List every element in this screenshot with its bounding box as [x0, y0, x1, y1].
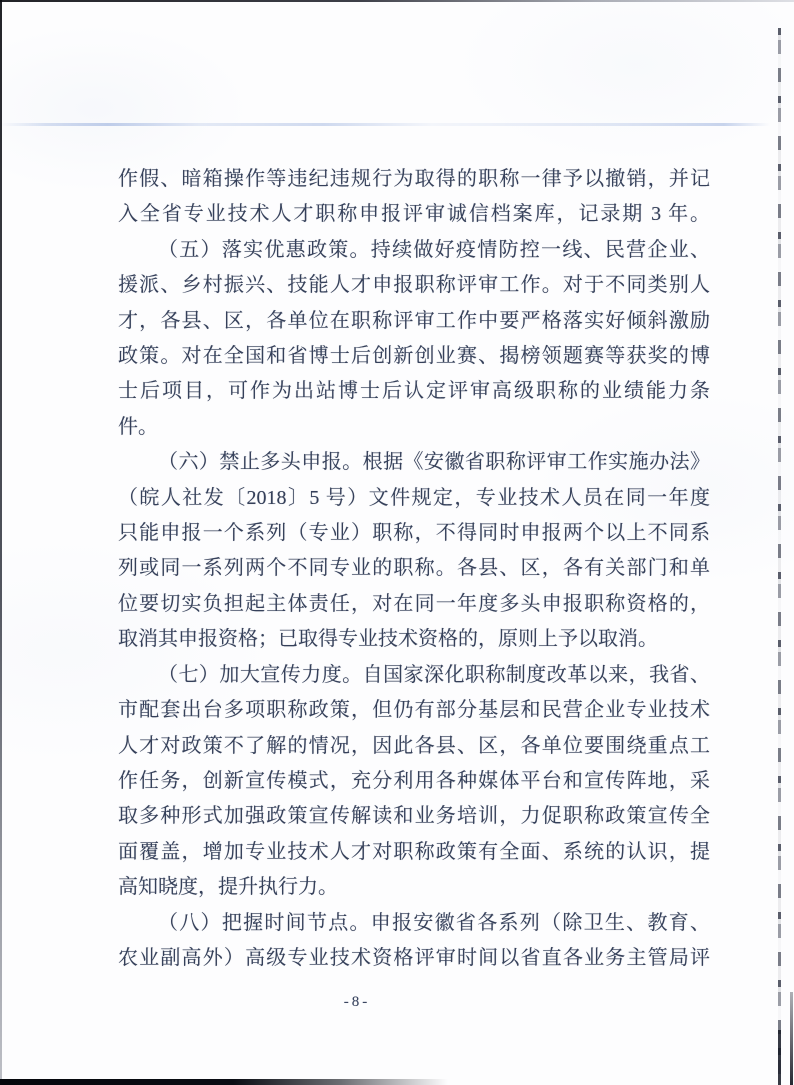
scan-artifact-right-edge-bottom: [790, 992, 793, 1085]
text-line: （七）加大宣传力度。自国家深化职称制度改革以来，我省、: [118, 658, 710, 693]
scan-artifact-blue-streak: [0, 123, 770, 126]
text-line: 只能申报一个系列（专业）职称，不得同时申报两个以上不同系: [118, 516, 710, 551]
text-line: 入全省专业技术人才职称申报评审诚信档案库，记录期 3 年。: [118, 197, 710, 232]
paragraph: 作假、暗箱操作等违纪违规行为取得的职称一律予以撤销，并记入全省专业技术人才职称申…: [118, 162, 710, 233]
page-number: -8-: [297, 994, 417, 1011]
text-line: 取消其申报资格；已取得专业技术资格的，原则上予以取消。: [118, 622, 710, 657]
text-line: （八）把握时间节点。申报安徽省各系列（除卫生、教育、: [118, 906, 710, 941]
scan-artifact-right-dashed-line: [778, 28, 781, 1085]
text-line: 人才对政策不了解的情况，因此各县、区，各单位要围绕重点工: [118, 729, 710, 764]
text-line: 士后项目，可作为出站博士后认定评审高级职称的业绩能力条: [118, 374, 710, 409]
text-line: 面覆盖，增加专业技术人才对职称政策有全面、系统的认识，提: [118, 835, 710, 870]
paragraph: （六）禁止多头申报。根据《安徽省职称评审工作实施办法》（皖人社发〔2018〕5 …: [118, 445, 710, 657]
text-line: 农业副高外）高级专业技术资格评审时间以省直各业务主管局评: [118, 941, 710, 976]
scan-artifact-right-dash-solid: [778, 1030, 781, 1085]
text-line: 作假、暗箱操作等违纪违规行为取得的职称一律予以撤销，并记: [118, 162, 710, 197]
paragraph: （八）把握时间节点。申报安徽省各系列（除卫生、教育、农业副高外）高级专业技术资格…: [118, 906, 710, 977]
text-line: （六）禁止多头申报。根据《安徽省职称评审工作实施办法》: [118, 445, 710, 480]
text-line: 市配套出台多项职称政策，但仍有部分基层和民营企业专业技术: [118, 693, 710, 728]
text-line: 件。: [118, 410, 710, 445]
paragraph: （七）加大宣传力度。自国家深化职称制度改革以来，我省、市配套出台多项职称政策，但…: [118, 658, 710, 906]
document-body: 作假、暗箱操作等违纪违规行为取得的职称一律予以撤销，并记入全省专业技术人才职称申…: [118, 162, 710, 976]
text-line: 政策。对在全国和省博士后创新创业赛、揭榜领题赛等获奖的博: [118, 339, 710, 374]
text-line: （皖人社发〔2018〕5 号）文件规定，专业技术人员在同一年度: [118, 481, 710, 516]
text-line: 高知晓度，提升执行力。: [118, 870, 710, 905]
scan-artifact-left-edge: [0, 0, 2, 1085]
scan-artifact-bottom-bar: [0, 1079, 448, 1085]
text-line: （五）落实优惠政策。持续做好疫情防控一线、民营企业、: [118, 233, 710, 268]
text-line: 才，各县、区，各单位在职称评审工作中要严格落实好倾斜激励: [118, 304, 710, 339]
paragraph: （五）落实优惠政策。持续做好疫情防控一线、民营企业、援派、乡村振兴、技能人才申报…: [118, 233, 710, 445]
text-line: 援派、乡村振兴、技能人才申报职称评审工作。对于不同类别人: [118, 268, 710, 303]
text-line: 取多种形式加强政策宣传解读和业务培训，力促职称政策宣传全: [118, 799, 710, 834]
scan-artifact-top-edge: [0, 0, 794, 2]
text-line: 列或同一系列两个不同专业的职称。各县、区，各有关部门和单: [118, 551, 710, 586]
text-line: 位要切实负担起主体责任，对在同一年度多头申报职称资格的，: [118, 587, 710, 622]
text-line: 作任务，创新宣传模式，充分利用各种媒体平台和宣传阵地，采: [118, 764, 710, 799]
